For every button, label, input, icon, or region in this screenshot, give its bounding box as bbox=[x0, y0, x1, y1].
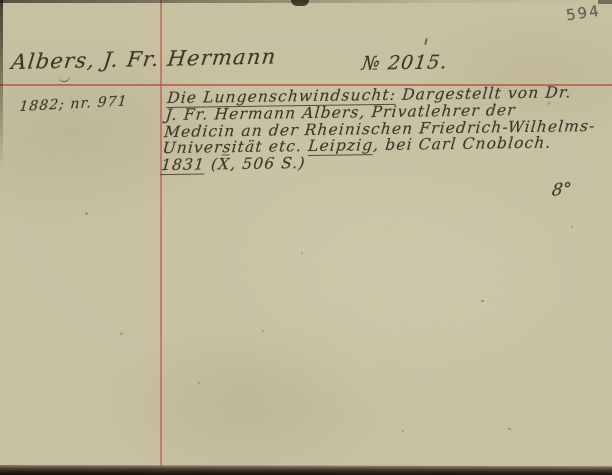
format-statement: 8° bbox=[551, 179, 573, 200]
author-heading: Albers, J. Fr. Hermann bbox=[10, 44, 278, 74]
entry-line-4-rest: , bei Carl Cnobloch. bbox=[372, 134, 552, 155]
insertion-mark bbox=[58, 74, 71, 83]
card-edge-top-right bbox=[598, 0, 612, 4]
catalog-number: № 2015. bbox=[361, 51, 449, 74]
ink-tick bbox=[424, 38, 428, 45]
paper-speck bbox=[301, 252, 303, 254]
entry-place: Leipzig bbox=[307, 137, 374, 157]
card-edge-notch bbox=[291, 0, 309, 6]
paper-speck bbox=[508, 428, 511, 430]
entry-pagination: (X̅, 506 S.) bbox=[204, 154, 306, 173]
paper-speck bbox=[120, 332, 123, 335]
paper-speck bbox=[571, 226, 573, 228]
paper-speck bbox=[402, 430, 404, 432]
paper-speck bbox=[262, 330, 264, 332]
card-edge-left bbox=[0, 0, 3, 170]
paper-speck bbox=[85, 212, 88, 215]
entry-text: Die Lungenschwindsucht: Dargestellt von … bbox=[160, 84, 578, 174]
accession-note: 1882; nr. 971 bbox=[19, 93, 129, 115]
paper-speck bbox=[198, 382, 200, 384]
corner-number: 594 bbox=[565, 2, 602, 25]
paper-speck bbox=[481, 300, 484, 302]
paper-speck bbox=[548, 102, 550, 105]
entry-year: 1831 bbox=[160, 156, 206, 176]
card-edge-bottom bbox=[0, 465, 612, 475]
catalog-card: 594 Albers, J. Fr. Hermann № 2015. 1882;… bbox=[0, 0, 612, 475]
